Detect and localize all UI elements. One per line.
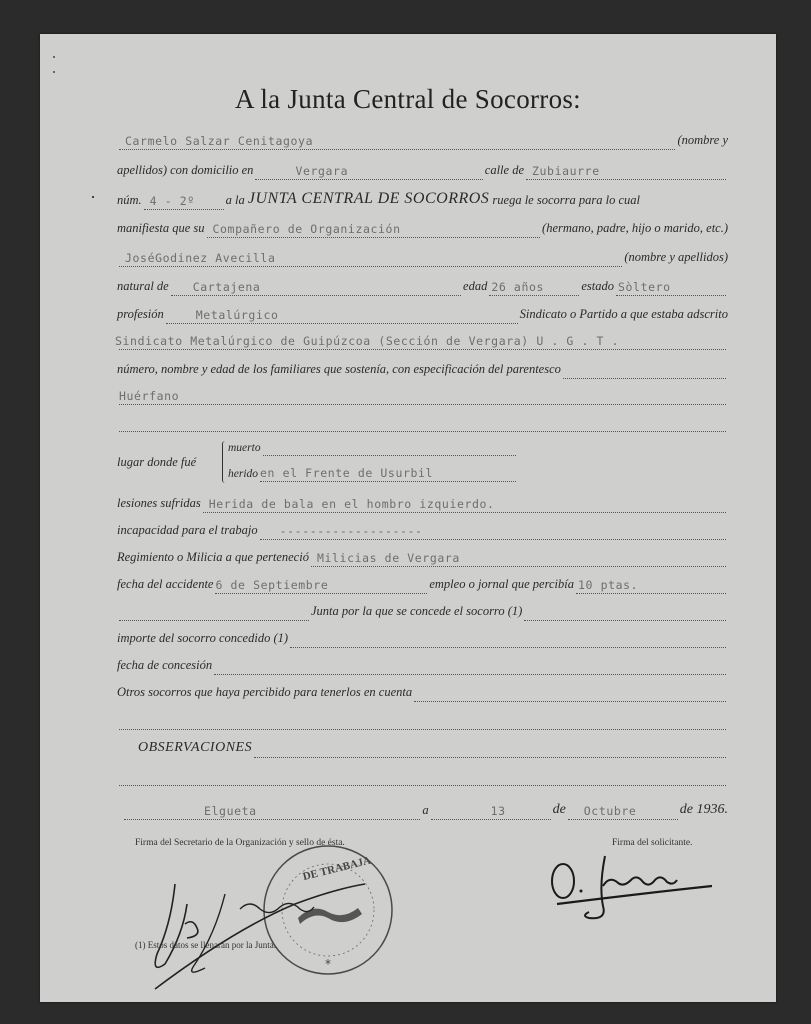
row-applicant-name: Carmelo Salzar Cenitagoya (nombre y	[117, 130, 728, 150]
row-grant-date: fecha de concesión	[117, 655, 728, 675]
relation-field[interactable]: Compañero de Organización	[207, 221, 541, 238]
regiment-field[interactable]: Milicias de Vergara	[311, 550, 726, 567]
family-field-2[interactable]: Huérfano	[119, 388, 726, 405]
row-other-aid-extra	[117, 710, 728, 730]
row-profession: profesión Metalúrgico Sindicato o Partid…	[117, 304, 728, 324]
injuries-field[interactable]: Herida de bala en el hombro izquierdo.	[203, 496, 726, 513]
secretary-signature-icon	[145, 864, 375, 994]
footnote: (1) Estos datos se llenarán por la Junta…	[135, 940, 276, 950]
row-union: Sindicato Metalúrgico de Guipúzcoa (Secc…	[117, 330, 728, 350]
family-field-3[interactable]	[119, 415, 726, 432]
accident-date-field[interactable]: 6 de Septiembre	[215, 577, 427, 594]
row-family-extra	[117, 412, 728, 432]
origin-field[interactable]: Cartajena	[171, 279, 461, 296]
killed-place-field[interactable]	[263, 439, 516, 456]
junta-field-right[interactable]	[524, 604, 726, 621]
month-field[interactable]: Octubre	[568, 803, 678, 820]
victim-name-field[interactable]: JoséGodinez Avecilla	[119, 250, 622, 267]
amount-field[interactable]	[290, 631, 726, 648]
row-origin: natural de Cartajena edad 26 años estado…	[117, 276, 728, 296]
row-incapacity: incapacidad para el trabajo ------------…	[117, 520, 728, 540]
row-injuries: lesiones sufridas Herida de bala en el h…	[117, 493, 728, 513]
form-title: A la Junta Central de Socorros:	[40, 84, 776, 115]
marital-status-field[interactable]: Sòltero	[616, 279, 726, 296]
row-family-value: Huérfano	[117, 385, 728, 405]
applicant-signature-icon	[545, 846, 725, 926]
row-victim-name: JoséGodinez Avecilla (nombre y apellidos…	[117, 247, 728, 267]
place-field[interactable]: Elgueta	[124, 803, 420, 820]
domicile-field[interactable]: Vergara	[255, 163, 482, 180]
other-aid-field[interactable]	[414, 685, 726, 702]
incapacity-field[interactable]: -------------------	[260, 523, 726, 540]
row-killed: muerto	[228, 436, 518, 456]
row-regiment: Regimiento o Milicia a que perteneció Mi…	[117, 547, 728, 567]
observations-field-2[interactable]	[119, 769, 726, 786]
union-field[interactable]: Sindicato Metalúrgico de Guipúzcoa (Secc…	[119, 333, 726, 350]
row-domicile: apellidos) con domicilio en Vergara call…	[117, 160, 728, 180]
applicant-name-field[interactable]: Carmelo Salzar Cenitagoya	[119, 133, 675, 150]
wounded-place-field[interactable]: en el Frente de Usurbil	[260, 465, 516, 482]
other-aid-field-2[interactable]	[119, 713, 726, 730]
observations-field[interactable]	[254, 741, 726, 758]
row-family-label: número, nombre y edad de los familiares …	[117, 359, 728, 379]
family-field-1[interactable]	[563, 362, 726, 379]
row-observations: OBSERVACIONES	[138, 738, 728, 758]
punch-mark	[53, 56, 55, 58]
punch-mark	[53, 71, 55, 73]
row-relation: manifiesta que su Compañero de Organizac…	[117, 218, 728, 238]
row-wounded: herido en el Frente de Usurbil	[228, 462, 518, 482]
row-amount: importe del socorro concedido (1)	[117, 628, 728, 648]
row-number: núm. 4 - 2º a la JUNTA CENTRAL DE SOCORR…	[117, 190, 728, 210]
row-other-aid: Otros socorros que haya percibido para t…	[117, 682, 728, 702]
profession-field[interactable]: Metalúrgico	[166, 307, 518, 324]
punch-mark	[92, 196, 94, 198]
day-field[interactable]: 13	[431, 803, 551, 820]
row-accident-date: fecha del accidente 6 de Septiembre empl…	[117, 574, 728, 594]
row-junta: Junta por la que se concede el socorro (…	[117, 601, 728, 621]
junta-field-left[interactable]	[119, 604, 309, 621]
street-field[interactable]: Zubiaurre	[526, 163, 726, 180]
row-observations-extra	[117, 766, 728, 786]
row-date-place: Elgueta a 13 de Octubre de 1936.	[122, 800, 728, 820]
grant-date-field[interactable]	[214, 658, 726, 675]
number-field[interactable]: 4 - 2º	[144, 193, 224, 210]
wage-field[interactable]: 10 ptas.	[576, 577, 726, 594]
form-document: A la Junta Central de Socorros: Carmelo …	[40, 34, 776, 1002]
age-field[interactable]: 26 años	[489, 279, 579, 296]
